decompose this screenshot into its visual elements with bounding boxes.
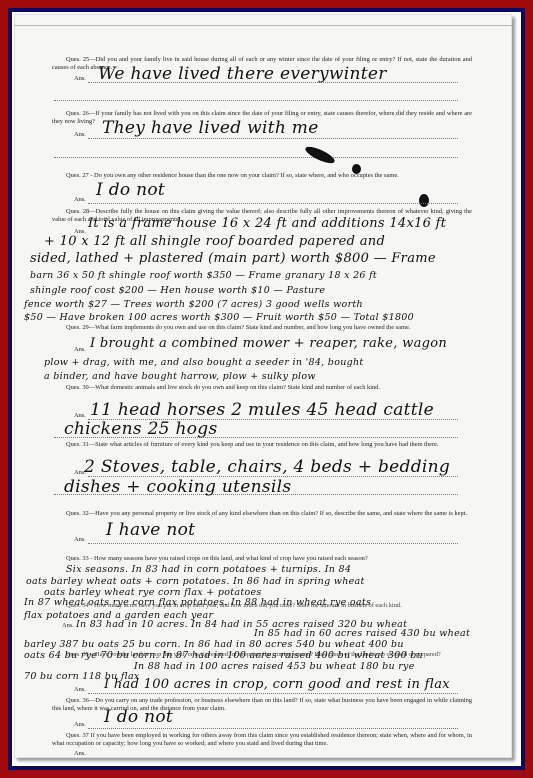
answer-34-line-3: barley 387 bu oats 25 bu corn. In 86 had… <box>24 639 404 650</box>
answer-line <box>54 157 458 158</box>
answer-33-line-1: Six seasons. In 83 had in corn potatoes … <box>66 564 351 575</box>
answer-26: They have lived with me <box>102 118 319 138</box>
answer-label-25: Ans. <box>74 75 86 82</box>
ink-blot <box>303 144 336 167</box>
answer-28-line-1: It is a frame house 16 x 24 ft and addit… <box>88 216 446 231</box>
answer-line <box>88 543 458 544</box>
ink-blot <box>419 194 429 207</box>
answer-35: I had 100 acres in crop, corn good and r… <box>104 677 450 692</box>
answer-28-line-4: barn 36 x 50 ft shingle roof worth $350 … <box>30 270 377 281</box>
question-27: Ques. 27 - Do you own any other residenc… <box>52 172 472 180</box>
question-29: Ques. 29—What farm implements do you own… <box>52 324 472 332</box>
answer-28-line-3: sided, lathed + plastered (main part) wo… <box>30 251 436 266</box>
answer-30-line-2: chickens 25 hogs <box>64 419 218 439</box>
answer-29-line-1: I brought a combined mower + reaper, rak… <box>90 336 447 351</box>
answer-34-line-5: In 88 had in 100 acres raised 453 bu whe… <box>134 661 415 672</box>
answer-line <box>88 693 458 694</box>
answer-label-35: Ans. <box>74 686 86 693</box>
answer-label-29: Ans. <box>74 346 86 353</box>
answer-line <box>88 203 458 204</box>
answer-31-line-1: 2 Stoves, table, chairs, 4 beds + beddin… <box>84 457 450 477</box>
answer-label-36: Ans. <box>74 721 86 728</box>
question-32: Ques. 32—Have you any personal property … <box>52 510 472 518</box>
answer-36: I do not <box>104 707 173 727</box>
question-34: Ques. 34 - How many acres have you put i… <box>52 602 472 610</box>
answer-29-line-3: a binder, and have bought harrow, plow +… <box>44 371 316 382</box>
answer-30-line-1: 11 head horses 2 mules 45 head cattle <box>90 400 434 420</box>
answer-line <box>54 100 458 101</box>
answer-label-30: Ans. <box>74 412 86 419</box>
answer-31-line-2: dishes + cooking utensils <box>64 477 291 497</box>
document-page: Ques. 25—Did you and your family live in… <box>14 14 512 758</box>
answer-28-line-6: fence worth $27 — Trees worth $200 (7 ac… <box>24 299 363 310</box>
answer-28-line-5: shingle roof cost $200 — Hen house worth… <box>30 285 325 296</box>
question-35: Ques. 35—Have you the land in crop this … <box>52 651 472 659</box>
answer-label-26: Ans. <box>74 131 86 138</box>
answer-28-line-7: $50 — Have broken 100 acres worth $300 —… <box>24 312 414 323</box>
question-33: Ques. 33 - How many seasons have you rai… <box>52 555 472 563</box>
answer-29-line-2: plow + drag, with me, and also bought a … <box>44 357 364 368</box>
answer-label-34: Ans. <box>62 622 74 629</box>
top-rule <box>14 25 512 26</box>
question-37: Ques. 37 If you have been employed in wo… <box>52 732 472 747</box>
answer-label-27: Ans. <box>74 196 86 203</box>
answer-32: I have not <box>106 520 195 540</box>
answer-line <box>88 138 458 139</box>
question-30: Ques. 30—What domestic animals and live … <box>52 384 472 392</box>
answer-27: I do not <box>96 180 165 200</box>
answer-28-line-2: + 10 x 12 ft all shingle roof boarded pa… <box>44 234 385 249</box>
answer-33-line-2: oats barley wheat oats + corn potatoes. … <box>26 576 365 587</box>
answer-label-32: Ans. <box>74 536 86 543</box>
answer-line <box>88 728 458 729</box>
answer-25: We have lived there everywinter <box>98 64 387 84</box>
answer-34-line-2: In 85 had in 60 acres raised 430 bu whea… <box>254 628 470 639</box>
question-31: Ques. 31—State what articles of furnitur… <box>52 441 472 449</box>
